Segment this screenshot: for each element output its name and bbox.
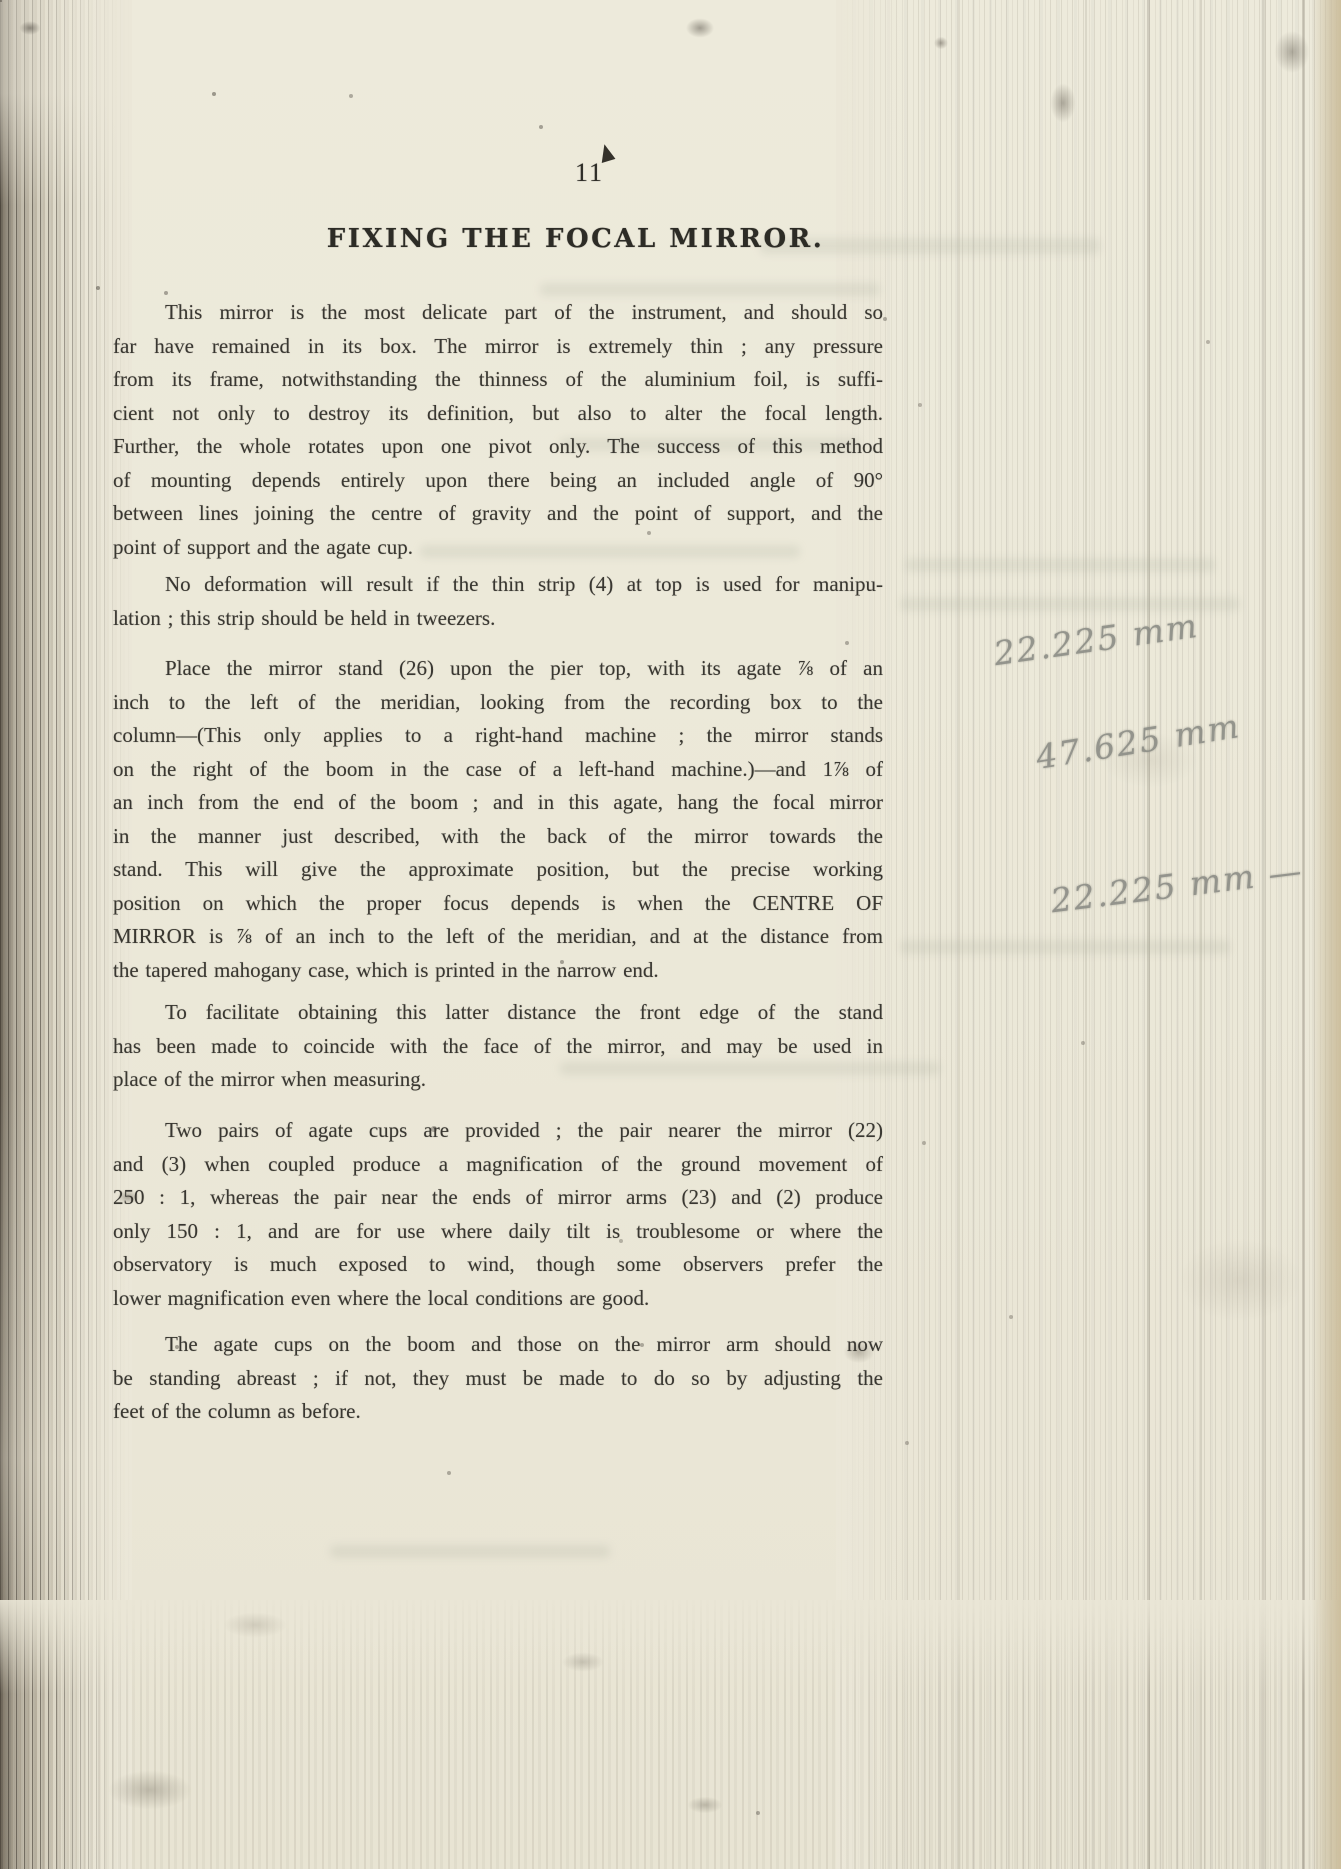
page-number: 11: [575, 158, 604, 188]
paragraph-3: Place the mirror stand (26) upon the pie…: [113, 652, 883, 987]
paragraph-5: Two pairs of agate cups are provided ; t…: [113, 1114, 883, 1315]
paragraph-4: To facilitate obtaining this latter dist…: [113, 996, 883, 1097]
scanned-book-page: 11 FIXING THE FOCAL MIRROR. This mirror …: [0, 0, 1341, 1869]
show-through-ghost: [540, 283, 880, 296]
paragraph-1: This mirror is the most delicate part of…: [113, 296, 883, 564]
ink-specks: [0, 0, 2, 2]
ink-blot: [602, 144, 618, 165]
show-through-ghost: [900, 940, 1230, 954]
show-through-ghost: [330, 1545, 610, 1558]
paragraph-6: The agate cups on the boom and those on …: [113, 1328, 883, 1429]
show-through-ghost: [905, 558, 1215, 572]
paragraph-2: No deformation will result if the thin s…: [113, 568, 883, 635]
section-heading: FIXING THE FOCAL MIRROR.: [113, 224, 878, 254]
